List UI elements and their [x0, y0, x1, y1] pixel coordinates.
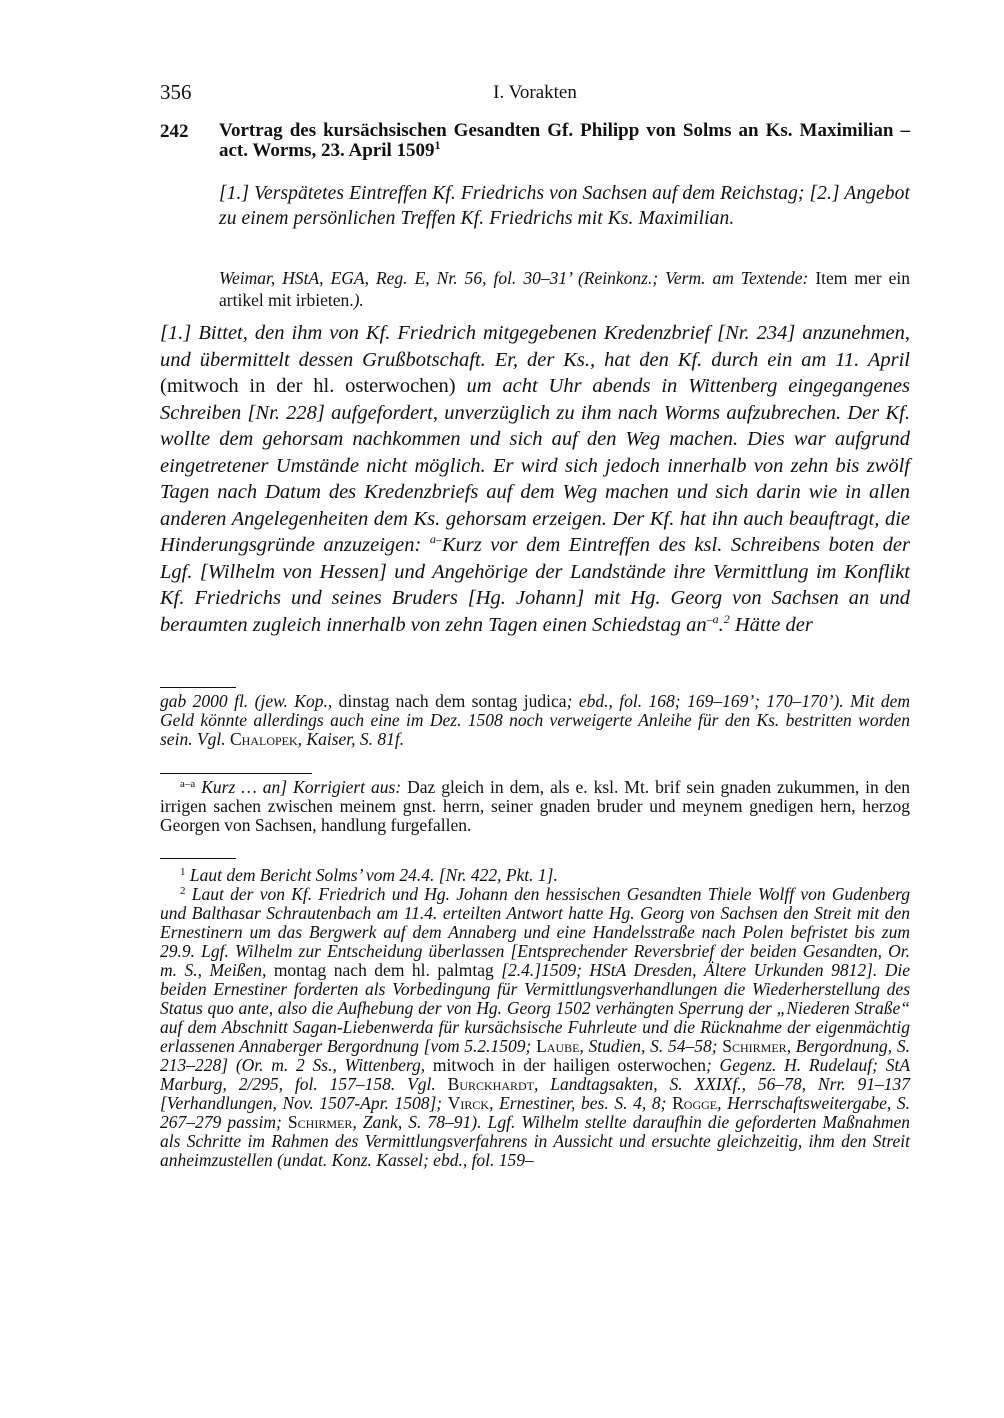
cf-author: Chalopek: [230, 729, 298, 749]
document-header: 242 Vortrag des kursächsischen Gesandten…: [160, 121, 910, 161]
fn2-m: , Ernestiner, bes. S. 4, 8;: [489, 1093, 666, 1113]
fn2-author-schirmer-2: Schirmer: [288, 1112, 352, 1132]
document-title: Vortrag des kursächsischen Gesandten Gf.…: [219, 121, 910, 161]
fn2-author-virck: Virck: [448, 1093, 489, 1113]
variant-open-marker[interactable]: a–: [430, 532, 442, 546]
fn2-author-laube: Laube: [536, 1036, 579, 1056]
variant-rule: [160, 773, 312, 774]
regest: [1.] Verspätetes Eintreffen Kf. Friedric…: [219, 181, 910, 231]
document-number: 242: [160, 121, 189, 143]
source-citation: Weimar, HStA, EGA, Reg. E, Nr. 56, fol. …: [219, 267, 910, 311]
footnote-2: 2 Laut der von Kf. Friedrich und Hg. Joh…: [160, 885, 910, 1170]
body-part-2: um acht Uhr abends in Wittenberg eingega…: [160, 375, 910, 556]
footnote-rule: [160, 687, 236, 688]
fn2-author-schirmer: Schirmer: [722, 1036, 786, 1056]
footnotes-rule: [160, 858, 236, 859]
source-closing: ).: [354, 290, 364, 310]
footnotes: 1 Laut dem Bericht Solms’ vom 24.4. [Nr.…: [160, 866, 910, 1170]
footnote-text: Laut dem Bericht Solms’ vom 24.4. [Nr. 4…: [190, 865, 558, 885]
fn2-e: , Studien, S. 54–58;: [579, 1036, 717, 1056]
body-part-4: Hätte der: [735, 614, 813, 636]
source-archive: Weimar, HStA, EGA, Reg. E, Nr. 56, fol. …: [219, 268, 808, 288]
fn2-author-rogge: Rogge: [672, 1093, 717, 1113]
carryover-footnote: gab 2000 fl. (jew. Kop., dinstag nach de…: [160, 692, 910, 749]
body-part-1: [1.] Bittet, den ihm von Kf. Friedrich m…: [160, 322, 910, 371]
running-head: 356 I. Vorakten: [160, 80, 910, 108]
cf-quote: dinstag nach dem sontag judica: [339, 691, 567, 711]
running-title: I. Vorakten: [160, 82, 910, 104]
footnote-ref-1[interactable]: 1: [435, 138, 441, 152]
body-quote-1: (mitwoch in der hl. osterwochen): [160, 375, 456, 397]
footnote-marker: 2: [180, 885, 186, 897]
footnote-ref-2[interactable]: 2: [724, 612, 730, 626]
footnote-marker: 1: [180, 866, 186, 878]
cf-part-1: gab 2000 fl. (jew. Kop.,: [160, 691, 332, 711]
footnote-1: 1 Laut dem Bericht Solms’ vom 24.4. [Nr.…: [160, 866, 910, 885]
main-text: [1.] Bittet, den ihm von Kf. Friedrich m…: [160, 320, 910, 638]
variant-lemma: Kurz … an] Korrigiert aus:: [201, 777, 401, 797]
fn2-quote-h: mitwoch in der hailigen osterwochen: [433, 1055, 706, 1075]
document-title-text: Vortrag des kursächsischen Gesandten Gf.…: [219, 120, 910, 161]
fn2-quote-b: montag nach dem hl. palmtag: [274, 960, 494, 980]
cf-part-3: , Kaiser, S. 81f.: [298, 729, 404, 749]
variant-close-marker[interactable]: –a: [707, 612, 719, 626]
fn2-author-burckhardt: Burckhardt: [448, 1074, 534, 1094]
variant-apparatus: a–a Kurz … an] Korrigiert aus: Daz gleic…: [160, 778, 910, 835]
variant-marker: a–a: [180, 778, 195, 790]
